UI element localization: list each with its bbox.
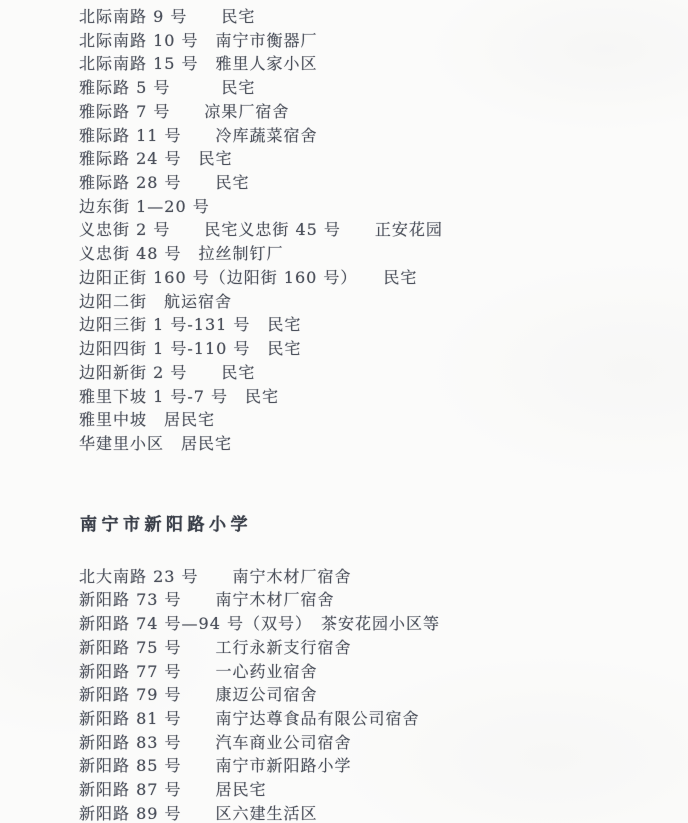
- address-line: 新阳路 83 号 汽车商业公司宿舍: [79, 731, 678, 755]
- address-line: 北际南路 9 号 民宅: [79, 5, 678, 29]
- address-line: 北际南路 15 号 雅里人家小区: [79, 52, 678, 76]
- address-line: 义忠街 48 号 拉丝制钉厂: [79, 242, 678, 266]
- address-line: 边东街 1—20 号: [79, 195, 678, 219]
- address-line: 新阳路 77 号 一心药业宿舍: [79, 660, 678, 684]
- address-line: 雅际路 28 号 民宅: [79, 171, 678, 195]
- address-list-second: 北大南路 23 号 南宁木材厂宿舍新阳路 73 号 南宁木材厂宿舍新阳路 74 …: [79, 565, 678, 823]
- address-line: 边阳正街 160 号（边阳街 160 号） 民宅: [79, 266, 678, 290]
- address-line: 义忠街 2 号 民宅义忠街 45 号 正安花园: [79, 218, 678, 242]
- address-line: 边阳二街 航运宿舍: [79, 290, 678, 314]
- address-line: 雅际路 5 号 民宅: [79, 76, 678, 100]
- address-list-first: 北际南路 9 号 民宅北际南路 10 号 南宁市衡器厂北际南路 15 号 雅里人…: [79, 5, 678, 456]
- address-line: 边阳新街 2 号 民宅: [79, 361, 678, 385]
- address-line: 新阳路 79 号 康迈公司宿舍: [79, 683, 678, 707]
- address-line: 新阳路 73 号 南宁木材厂宿舍: [79, 588, 678, 612]
- address-line: 雅际路 7 号 凉果厂宿舍: [79, 100, 678, 124]
- address-line: 新阳路 74 号—94 号（双号） 茶安花园小区等: [79, 612, 678, 636]
- document-content: 北际南路 9 号 民宅北际南路 10 号 南宁市衡器厂北际南路 15 号 雅里人…: [79, 5, 678, 823]
- address-line: 雅际路 24 号 民宅: [79, 147, 678, 171]
- address-line: 边阳三街 1 号-131 号 民宅: [79, 313, 678, 337]
- address-line: 北际南路 10 号 南宁市衡器厂: [79, 29, 678, 53]
- address-line: 新阳路 87 号 居民宅: [79, 778, 678, 802]
- address-line: 新阳路 85 号 南宁市新阳路小学: [79, 754, 678, 778]
- address-line: 雅际路 11 号 冷库蔬菜宿舍: [79, 124, 678, 148]
- address-line: 雅里中坡 居民宅: [79, 408, 678, 432]
- address-line: 北大南路 23 号 南宁木材厂宿舍: [79, 565, 678, 589]
- section-heading: 南宁市新阳路小学: [80, 513, 678, 537]
- address-line: 边阳四街 1 号-110 号 民宅: [79, 337, 678, 361]
- address-line: 新阳路 75 号 工行永新支行宿舍: [79, 636, 678, 660]
- document-page: 北际南路 9 号 民宅北际南路 10 号 南宁市衡器厂北际南路 15 号 雅里人…: [0, 0, 688, 823]
- address-line: 雅里下坡 1 号-7 号 民宅: [79, 385, 678, 409]
- address-line: 新阳路 81 号 南宁达尊食品有限公司宿舍: [79, 707, 678, 731]
- address-line: 新阳路 89 号 区六建生活区: [79, 802, 678, 823]
- address-line: 华建里小区 居民宅: [79, 432, 678, 456]
